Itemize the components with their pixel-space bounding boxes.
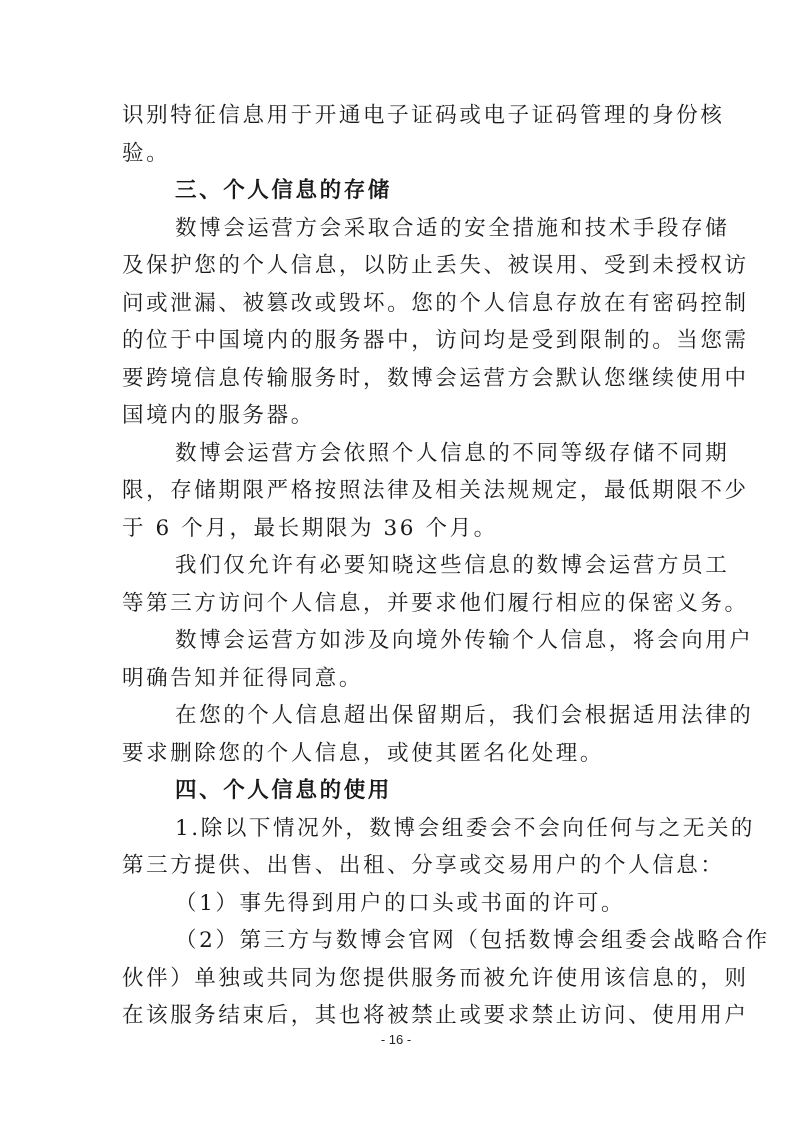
text-line: 的位于中国境内的服务器中，访问均是受到限制的。当您需 [122, 322, 662, 360]
text-line: 在该服务结束后，其也将被禁止或要求禁止访问、使用用户 [122, 997, 662, 1035]
paragraph-start: 数博会运营方会依照个人信息的不同等级存储不同期 [122, 435, 662, 473]
text-line: 要跨境信息传输服务时，数博会运营方会默认您继续使用中 [122, 360, 662, 398]
text-line: 等第三方访问个人信息，并要求他们履行相应的保密义务。 [122, 585, 662, 623]
paragraph-start: 我们仅允许有必要知晓这些信息的数博会运营方员工 [122, 547, 662, 585]
paragraph-start: 数博会运营方如涉及向境外传输个人信息，将会向用户 [122, 622, 662, 660]
text-line: 于 6 个月，最长期限为 36 个月。 [122, 510, 662, 548]
text-line: 第三方提供、出售、出租、分享或交易用户的个人信息： [122, 847, 662, 885]
section-heading-storage: 三、个人信息的存储 [122, 172, 662, 210]
text-line: 明确告知并征得同意。 [122, 660, 662, 698]
text-line: 国境内的服务器。 [122, 397, 662, 435]
text-line: 伙伴）单独或共同为您提供服务而被允许使用该信息的，则 [122, 960, 662, 998]
text-line: 限，存储期限严格按照法律及相关法规规定，最低期限不少 [122, 472, 662, 510]
text-line: 要求删除您的个人信息，或使其匿名化处理。 [122, 735, 662, 773]
text-line: 问或泄漏、被篡改或毁坏。您的个人信息存放在有密码控制 [122, 285, 662, 323]
list-item-1: 1.除以下情况外，数博会组委会不会向任何与之无关的 [122, 810, 662, 848]
paragraph-start: 数博会运营方会采取合适的安全措施和技术手段存储 [122, 210, 662, 248]
sub-item-2: （2）第三方与数博会官网（包括数博会组委会战略合作 [122, 922, 662, 960]
sub-item-1: （1）事先得到用户的口头或书面的许可。 [122, 885, 662, 923]
document-body: 识别特征信息用于开通电子证码或电子证码管理的身份核 验。 三、个人信息的存储 数… [122, 97, 662, 1035]
text-line: 验。 [122, 135, 662, 173]
text-line: 及保护您的个人信息，以防止丢失、被误用、受到未授权访 [122, 247, 662, 285]
paragraph-start: 在您的个人信息超出保留期后，我们会根据适用法律的 [122, 697, 662, 735]
text-line: 识别特征信息用于开通电子证码或电子证码管理的身份核 [122, 97, 662, 135]
page-number: - 16 - [0, 1032, 792, 1047]
section-heading-usage: 四、个人信息的使用 [122, 772, 662, 810]
document-page: 识别特征信息用于开通电子证码或电子证码管理的身份核 验。 三、个人信息的存储 数… [0, 0, 792, 1121]
